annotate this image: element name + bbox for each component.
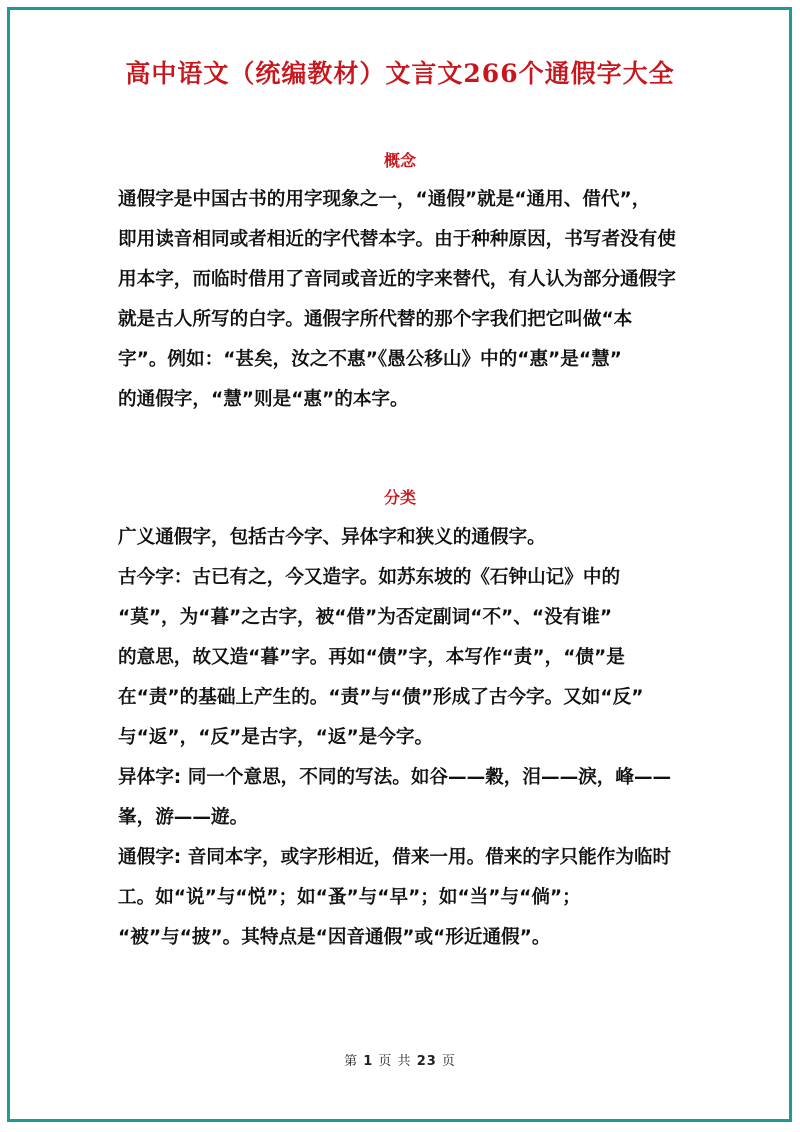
paragraph-line: 古今字：古已有之，今又造字。如苏东坡的《石钟山记》中的 [118, 558, 698, 598]
section-heading-classification: 分类 [0, 487, 800, 509]
paragraph-line: 异体字: 同一个意思，不同的写法。如谷——穀，泪——淚，峰—— [118, 758, 698, 798]
paragraph-line: 就是古人所写的白字。通假字所代替的那个字我们把它叫做“本 [118, 300, 698, 340]
paragraph-line: 工。如“说”与“悦”；如“蚤”与“早”；如“当”与“倘”； [118, 878, 698, 918]
paragraph-line: “莫”，为“暮”之古字，被“借”为否定副词“不”、“没有谁” [118, 598, 698, 638]
paragraph-line: 与“返”，“反”是古字，“返”是今字。 [118, 718, 698, 758]
section-body-classification: 广义通假字，包括古今字、异体字和狭义的通假字。 古今字：古已有之，今又造字。如苏… [118, 518, 698, 958]
paragraph-line: 通假字是中国古书的用字现象之一，“通假”就是“通用、借代”， [118, 180, 698, 220]
paragraph-line: 字”。例如：“甚矣，汝之不惠”《愚公移山》中的“惠”是“慧” [118, 340, 698, 380]
document-title: 高中语文（统编教材）文言文266个通假字大全 [0, 56, 800, 92]
section-heading-concept: 概念 [0, 150, 800, 172]
footer-middle: 页 共 [378, 1054, 411, 1069]
page-footer: 第 1 页 共 23 页 [0, 1050, 800, 1069]
total-pages-number: 23 [417, 1054, 437, 1069]
footer-suffix: 页 [442, 1054, 456, 1069]
paragraph-line: 广义通假字，包括古今字、异体字和狭义的通假字。 [118, 518, 698, 558]
paragraph-line: 用本字，而临时借用了音同或音近的字来替代，有人认为部分通假字 [118, 260, 698, 300]
section-body-concept: 通假字是中国古书的用字现象之一，“通假”就是“通用、借代”， 即用读音相同或者相… [118, 180, 698, 420]
paragraph-line: 即用读音相同或者相近的字代替本字。由于种种原因，书写者没有使 [118, 220, 698, 260]
paragraph-line: “被”与“披”。其特点是“因音通假”或“形近通假”。 [118, 918, 698, 958]
current-page-number: 1 [363, 1054, 373, 1069]
paragraph-line: 的意思，故又造“暮”字。再如“债”字，本写作“责”，“债”是 [118, 638, 698, 678]
paragraph-line: 峯，游——遊。 [118, 798, 698, 838]
footer-prefix: 第 [344, 1054, 358, 1069]
paragraph-line: 的通假字，“慧”则是“惠”的本字。 [118, 380, 698, 420]
paragraph-line: 通假字: 音同本字，或字形相近，借来一用。借来的字只能作为临时 [118, 838, 698, 878]
paragraph-line: 在“责”的基础上产生的。“责”与“债”形成了古今字。又如“反” [118, 678, 698, 718]
